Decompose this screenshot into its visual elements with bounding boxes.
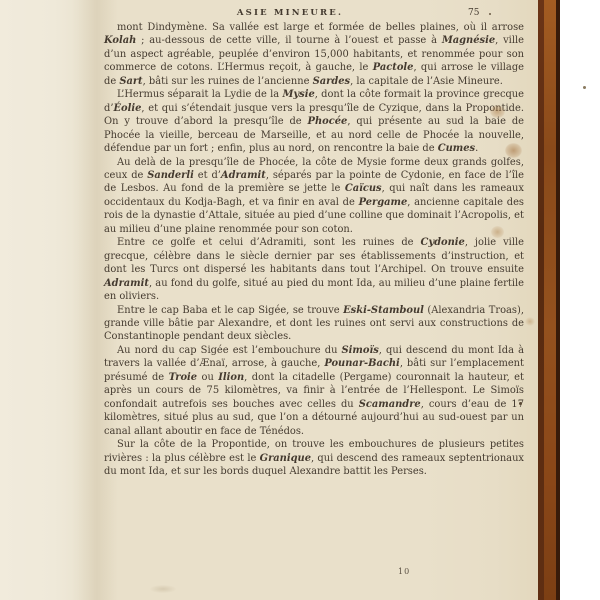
place-name: Cumes [438,143,475,154]
place-name: Cydonie [421,237,465,248]
place-name: Granique [260,453,311,464]
place-name: Pounar-Bachi [324,358,400,369]
book-page: ASIE MINEURE. 75 mont Dindymène. Sa vall… [0,0,538,600]
place-name: Ilion [218,372,244,383]
place-name: Adramit [221,170,266,181]
place-name: Sanderli [147,170,194,181]
page-text: mont Dindymène. Sa vallée est large et f… [104,21,524,478]
book-cover-edge [544,0,556,600]
running-title: ASIE MINEURE. [105,8,475,18]
place-name: Éolie [113,103,141,114]
place-name: Sart [119,76,142,87]
place-name: Pactole [373,62,414,73]
signature-mark: 10 [398,567,410,576]
ink-speck [489,13,491,15]
book-edge-shadow [556,0,560,600]
paragraph: Sur la côte de la Propontide, on trouve … [104,438,524,478]
place-name: Kolah [104,35,136,46]
place-name: Troie [169,372,197,383]
place-name: Scamandre [359,399,421,410]
place-name: Simoïs [342,345,379,356]
foxing-stain [505,143,522,158]
paragraph: Entre le cap Baba et le cap Sigée, se tr… [104,304,524,344]
place-name: Magnésie [442,35,495,46]
foxing-stain [525,317,535,326]
paragraph: mont Dindymène. Sa vallée est large et f… [104,21,524,88]
place-name: Sardes [313,76,350,87]
place-name: Adramit [104,278,149,289]
dust-speck [583,86,586,89]
paragraph: Au nord du cap Sigée est l’embouchure du… [104,344,524,438]
paragraph: Entre ce golfe et celui d’Adramiti, sont… [104,236,524,303]
place-name: Phocée [308,116,348,127]
foxing-stain [150,585,176,593]
place-name: Pergame [359,197,408,208]
place-name: Eski-Stamboul [343,305,424,316]
foxing-stain [491,226,504,238]
ink-speck [519,402,522,405]
page-number: 75 [468,8,479,18]
place-name: Mysie [282,89,314,100]
place-name: Caïcus [345,183,382,194]
paragraph: Au delà de la presqu’île de Phocée, la c… [104,156,524,237]
paragraph: L’Hermus séparait la Lydie de la Mysie, … [104,88,524,155]
foxing-stain [490,105,505,118]
book-page-scan: ASIE MINEURE. 75 mont Dindymène. Sa vall… [0,0,600,600]
